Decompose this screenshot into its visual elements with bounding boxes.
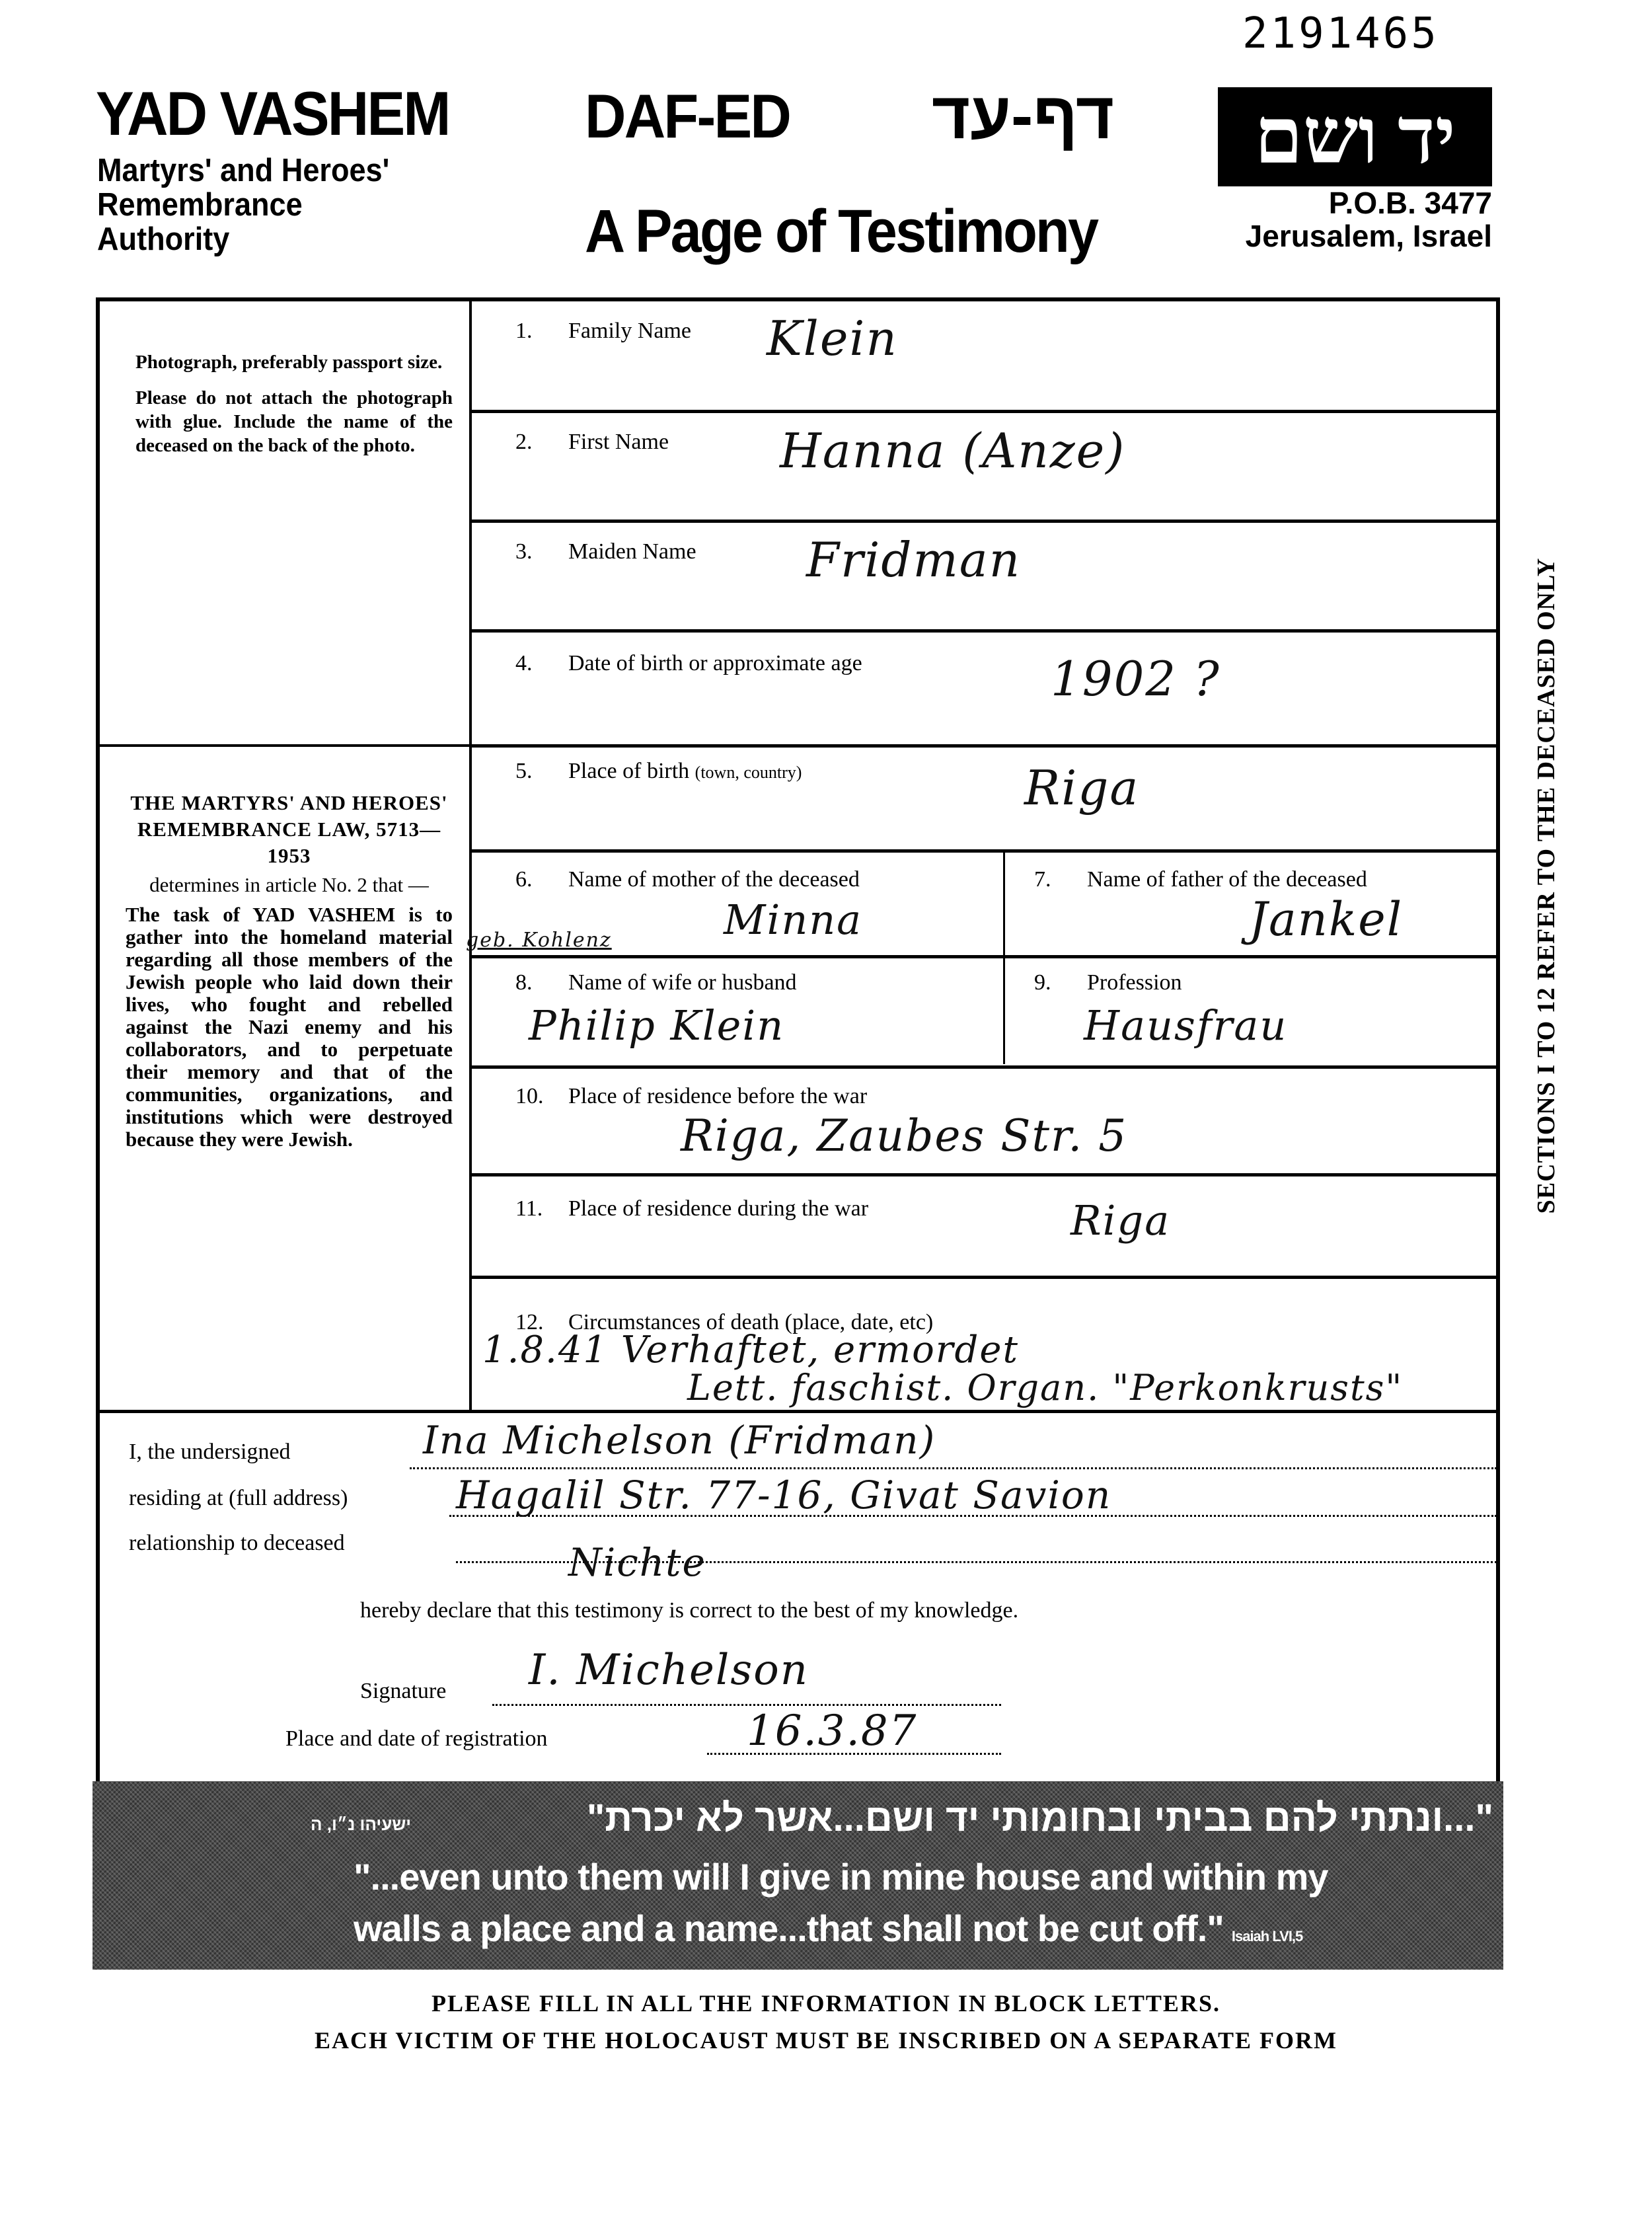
registration-value[interactable]: 16.3.87	[747, 1707, 917, 1755]
maiden-name-value[interactable]: Fridman	[806, 532, 1021, 588]
mother-maiden-note[interactable]: geb. Kohlenz	[466, 929, 612, 952]
declaration-text: hereby declare that this testimony is co…	[360, 1598, 1018, 1623]
family-name-value[interactable]: Klein	[767, 311, 898, 366]
half-divider	[1003, 853, 1005, 1064]
org-name: YAD VASHEM	[96, 78, 449, 149]
father-name-value[interactable]: Jankel	[1249, 892, 1403, 946]
mother-name-value[interactable]: Minna	[724, 896, 862, 944]
first-name-value[interactable]: Hanna (Anze)	[780, 423, 1125, 479]
field-family-name: 1.Family Name	[515, 319, 691, 344]
signature-value[interactable]: I. Michelson	[529, 1646, 809, 1695]
residence-during-war-value[interactable]: Riga	[1070, 1196, 1170, 1245]
org-subtitle-line: Remembrance	[97, 188, 389, 222]
residence-before-war-value[interactable]: Riga, Zaubes Str. 5	[681, 1110, 1127, 1161]
circumstances-line2[interactable]: Lett. faschist. Organ. "Perkonkrusts"	[687, 1367, 1403, 1408]
footer-instruction-2: EACH VICTIM OF THE HOLOCAUST MUST BE INS…	[0, 2026, 1652, 2054]
field-residence-before-war: 10.Place of residence before the war	[515, 1084, 867, 1109]
city: Jerusalem, Israel	[1216, 219, 1492, 252]
field-spouse-name: 8.Name of wife or husband	[515, 970, 797, 995]
row-divider	[470, 849, 1498, 853]
field-first-name: 2.First Name	[515, 430, 669, 455]
field-place-of-birth: 5.Place of birth (town, country)	[515, 759, 802, 784]
pob: P.O.B. 3477	[1216, 186, 1492, 219]
profession-value[interactable]: Hausfrau	[1084, 1001, 1287, 1050]
row-divider	[470, 410, 1498, 413]
signature-label: Signature	[360, 1679, 446, 1704]
signature-line	[492, 1704, 1001, 1706]
undersigned-line	[410, 1467, 1497, 1469]
field-maiden-name: 3.Maiden Name	[515, 539, 696, 564]
circumstances-line1[interactable]: 1.8.41 Verhaftet, ermordet	[482, 1329, 1019, 1371]
row-divider	[470, 955, 1498, 958]
org-subtitle-line: Martyrs' and Heroes'	[97, 153, 389, 188]
field-profession: 9.Profession	[1034, 970, 1182, 995]
row-divider	[470, 744, 1498, 748]
date-of-birth-value[interactable]: 1902 ?	[1051, 651, 1220, 707]
address-value[interactable]: Hagalil Str. 77-16, Givat Savion	[456, 1473, 1111, 1518]
column-divider	[469, 297, 472, 1411]
spouse-name-value[interactable]: Philip Klein	[529, 1001, 784, 1050]
relationship-label: relationship to deceased	[129, 1531, 345, 1556]
form-code: DAF-ED	[585, 81, 790, 152]
registration-label: Place and date of registration	[285, 1726, 548, 1752]
law-excerpt: THE MARTYRS' AND HEROES' REMEMBRANCE LAW…	[126, 790, 453, 1151]
law-title: THE MARTYRS' AND HEROES' REMEMBRANCE LAW…	[126, 790, 453, 869]
yad-vashem-logo: יד ושם	[1218, 87, 1492, 186]
photo-size-note: Photograph, preferably passport size.	[135, 350, 453, 374]
field-mother-name: 6.Name of mother of the deceased	[515, 867, 912, 892]
row-divider	[470, 1065, 1498, 1069]
quote-english-line1: "...even unto them will I give in mine h…	[354, 1855, 1328, 1898]
field-date-of-birth: 4.Date of birth or approximate age	[515, 651, 862, 676]
place-of-birth-value[interactable]: Riga	[1024, 760, 1139, 816]
page-title: A Page of Testimony	[585, 197, 1097, 266]
quote-english-source: Isaiah LVI,5	[1232, 1928, 1302, 1945]
serial-number: 2191465	[1242, 9, 1439, 58]
photo-placeholder: Photograph, preferably passport size. Pl…	[135, 350, 453, 469]
side-note: SECTIONS I TO 12 REFER TO THE DECEASED O…	[1520, 502, 1573, 1269]
row-divider	[470, 1276, 1498, 1279]
quote-english-line2: walls a place and a name...that shall no…	[354, 1907, 1302, 1950]
relationship-value[interactable]: Nichte	[568, 1540, 706, 1585]
law-determines: determines in article No. 2 that —	[126, 872, 453, 898]
form-code-hebrew: דף-עד	[932, 78, 1114, 154]
row-divider	[470, 629, 1498, 633]
footer-instruction-1: PLEASE FILL IN ALL THE INFORMATION IN BL…	[0, 1989, 1652, 2017]
photo-box-divider	[96, 744, 470, 747]
isaiah-quote-banner: ישעיהו נ״ו, ה "...ונתתי להם בביתי ובחומו…	[93, 1781, 1503, 1970]
field-father-name: 7.Name of father of the deceased	[1034, 867, 1431, 892]
quote-hebrew: "...ונתתי להם בביתי ובחומותי יד ושם...אש…	[357, 1796, 1493, 1840]
row-divider	[470, 1173, 1498, 1176]
photo-attach-note: Please do not attach the photograph with…	[135, 386, 453, 457]
field-residence-during-war: 11.Place of residence during the war	[515, 1196, 868, 1221]
org-subtitle: Martyrs' and Heroes' Remembrance Authori…	[97, 153, 389, 256]
undersigned-value[interactable]: Ina Michelson (Fridman)	[423, 1418, 936, 1463]
row-divider	[470, 520, 1498, 523]
address-label: residing at (full address)	[129, 1486, 348, 1511]
undersigned-label: I, the undersigned	[129, 1440, 291, 1465]
address-block: P.O.B. 3477 Jerusalem, Israel	[1216, 186, 1492, 252]
section-divider	[96, 1410, 1500, 1413]
law-body: The task of YAD VASHEM is to gather into…	[126, 904, 453, 1151]
org-subtitle-line: Authority	[97, 222, 389, 256]
